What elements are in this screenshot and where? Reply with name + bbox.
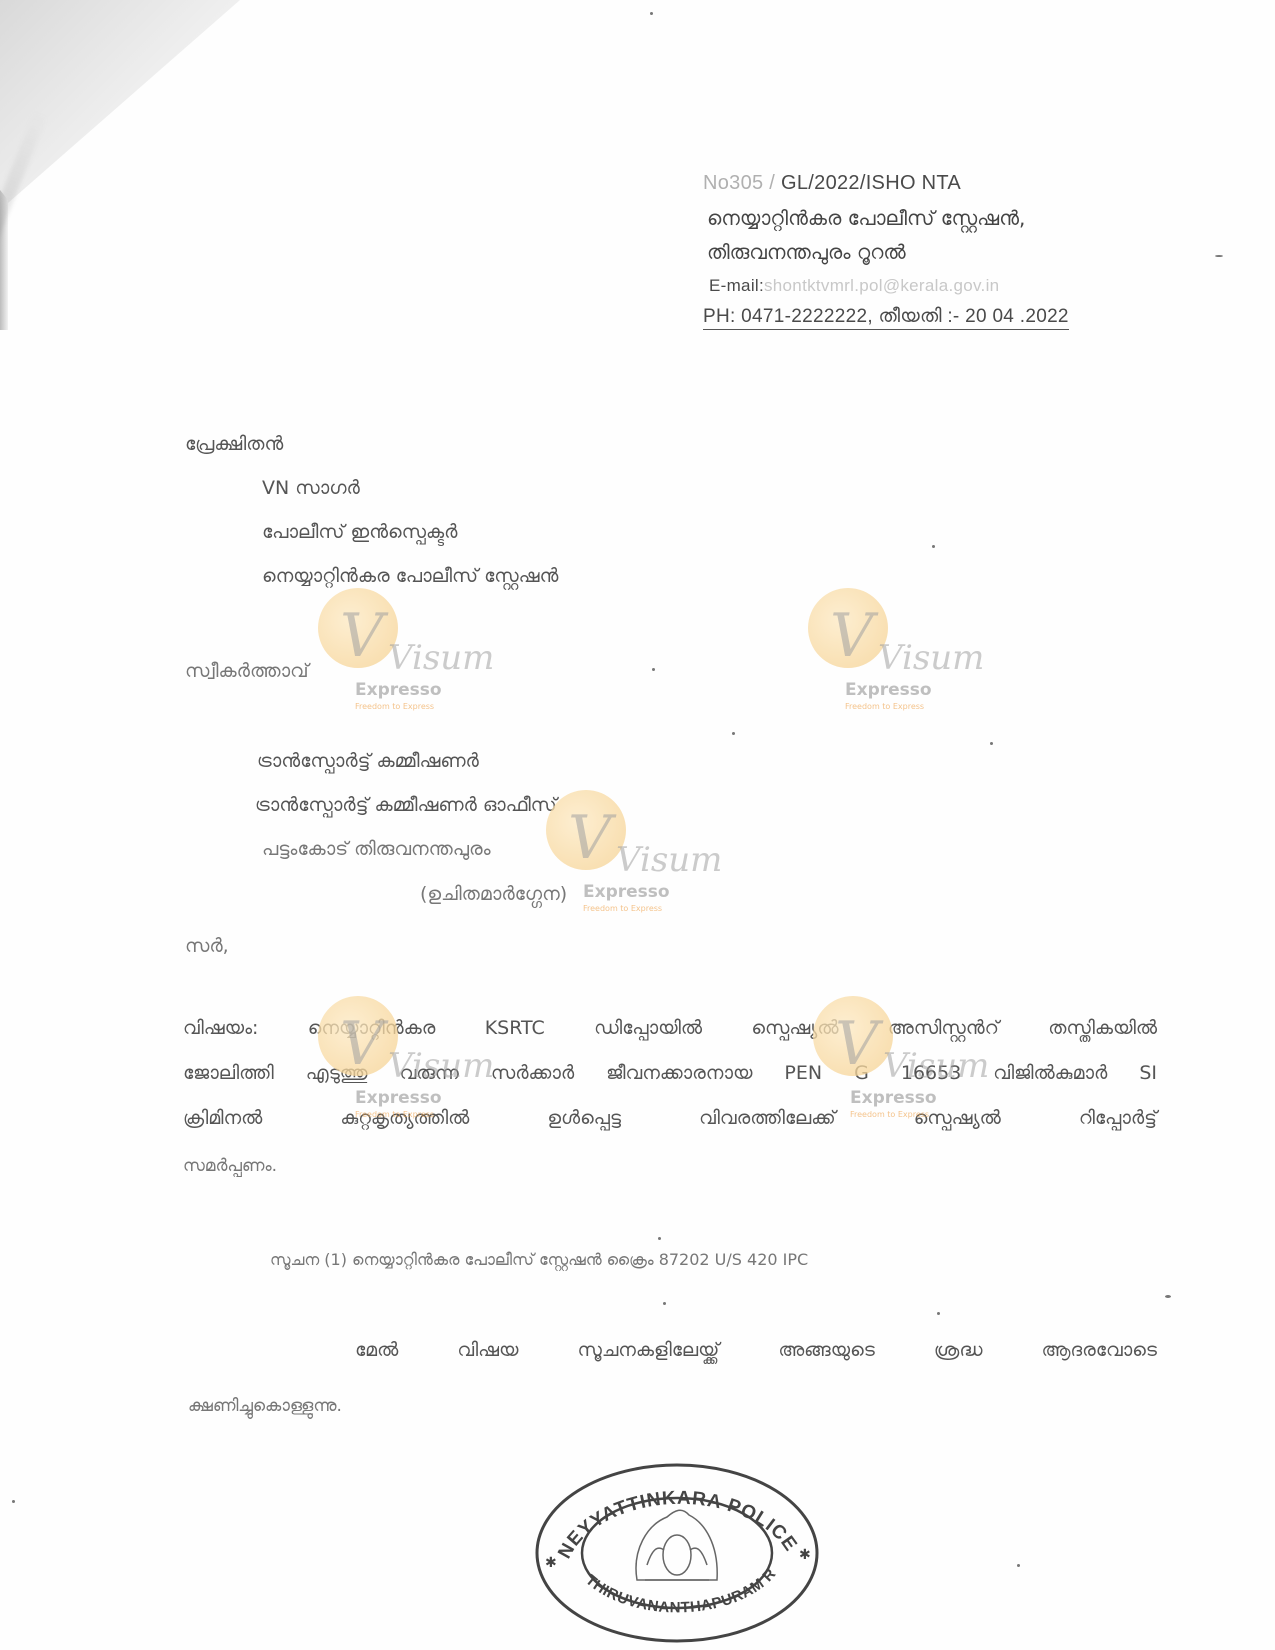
district-name: തിരുവനന്തപുരം റൂറൽ xyxy=(707,240,906,264)
recipient-place: പട്ടംകോട് തിരുവനന്തപുരം xyxy=(262,838,491,860)
scan-speck xyxy=(650,12,653,15)
scan-speck xyxy=(1017,1564,1020,1567)
recipient-label: സ്വീകർത്താവ് xyxy=(185,660,308,682)
recipient-office: ട്രാൻസ്പോർട്ട് കമ്മീഷണർ ഓഫീസ് xyxy=(255,794,557,816)
svg-text:✱: ✱ xyxy=(799,1547,811,1563)
email-label: E-mail: xyxy=(709,276,764,295)
subject-line-4: സമർപ്പണം. xyxy=(183,1156,277,1176)
reference-line: സൂചന (1) നെയ്യാറ്റിൻകര പോലീസ് സ്റ്റേഷൻ ക… xyxy=(270,1250,808,1270)
subject-line-1: വിഷയം: നെയ്യാറ്റിൻകര KSRTC ഡിപ്പോയിൽ സ്പ… xyxy=(183,1017,1157,1039)
scan-speck xyxy=(658,1237,661,1240)
salutation: സർ, xyxy=(185,935,229,957)
scan-speck xyxy=(990,742,993,745)
sender-label: പ്രേക്ഷിതൻ xyxy=(185,433,283,455)
scan-speck xyxy=(932,545,935,548)
scan-speck xyxy=(937,1312,940,1315)
subject-line-3: ക്രിമിനൽ കുറ്റകൃത്യത്തിൽ ഉൾപ്പെട്ട വിവരത… xyxy=(183,1107,1157,1129)
folded-page-corner xyxy=(0,0,240,210)
scanned-letter-page: No305 / GL/2022/ISHO NTA നെയ്യാറ്റിൻകര പ… xyxy=(0,0,1275,1650)
scan-speck xyxy=(1215,255,1223,257)
email-line: E-mail:shontktvmrl.pol@kerala.gov.in xyxy=(709,276,999,296)
reference-number-code: GL/2022/ISHO NTA xyxy=(781,172,961,194)
watermark-logo: VVisum ExpressoFreedom to Express xyxy=(790,588,960,718)
scan-speck xyxy=(12,1500,15,1503)
reference-number-prefix: No305 / xyxy=(703,172,781,194)
sender-office: നെയ്യാറ്റിൻകര പോലീസ് സ്റ്റേഷൻ xyxy=(262,565,558,587)
state-emblem-icon xyxy=(636,1510,717,1580)
scan-speck xyxy=(652,668,655,671)
scan-speck xyxy=(663,1302,666,1305)
reference-number: No305 / GL/2022/ISHO NTA xyxy=(703,172,961,195)
scan-speck xyxy=(732,732,735,735)
closing-line-1: മേൽ വിഷയ സൂചനകളിലേയ്ക്ക് അങ്ങയുടെ ശ്രദ്ധ… xyxy=(355,1339,1157,1361)
police-station-seal: NEYYATTINKARA POLICE STATION THIRUVANANT… xyxy=(527,1455,827,1645)
seal-graphic: NEYYATTINKARA POLICE STATION THIRUVANANT… xyxy=(527,1455,827,1645)
sender-name: VN സാഗർ xyxy=(262,477,360,499)
station-name: നെയ്യാറ്റിൻകര പോലീസ് സ്റ്റേഷൻ, xyxy=(707,206,1025,230)
recipient-designation: ട്രാൻസ്പോർട്ട് കമ്മീഷണർ xyxy=(257,750,479,772)
svg-text:✱: ✱ xyxy=(545,1555,557,1571)
scan-speck xyxy=(1165,1295,1171,1298)
sender-designation: പോലീസ് ഇൻസ്പെക്ടർ xyxy=(262,521,457,543)
subject-line-2: ജോലിത്തി എടുത്തു വരുന്ന സർക്കാർ ജീവനക്കാ… xyxy=(183,1062,1157,1084)
email-value: shontktvmrl.pol@kerala.gov.in xyxy=(764,276,999,295)
closing-line-2: ക്ഷണിച്ചുകൊള്ളുന്നു. xyxy=(188,1396,342,1416)
phone-and-date: PH: 0471-2222222, തീയതി :- 20 04 .2022 xyxy=(703,306,1069,330)
watermark-logo: VVisum ExpressoFreedom to Express xyxy=(300,588,470,718)
recipient-note: (ഉചിതമാർഗ്ഗേന) xyxy=(420,883,567,905)
